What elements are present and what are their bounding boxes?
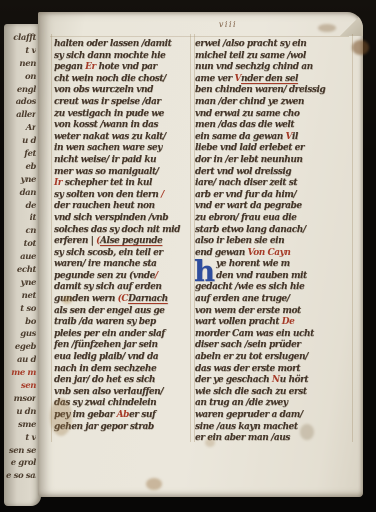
body-text: fen /fünfzehen jar sein bbox=[54, 340, 158, 350]
body-text: sy solten von den tiern bbox=[54, 190, 158, 200]
body-text: starb etwo lang danach/ bbox=[195, 225, 306, 235]
text-line: morder Cam was ein ucht bbox=[195, 329, 359, 341]
text-line: an trug an /die zwey bbox=[195, 398, 359, 410]
body-text: pleies per ein ander slaf bbox=[54, 329, 165, 339]
body-text: waren gepruder a dam/ bbox=[195, 410, 303, 420]
text-line: nun vnd sechzig chind an bbox=[195, 62, 359, 74]
body-text: halten oder lassen /damit bbox=[54, 39, 171, 49]
text-line: fen /fünfzehen jar sein bbox=[54, 340, 196, 352]
facing-page-edge: clafftt vnenonengladosallerAru dfetebyne… bbox=[4, 24, 41, 506]
text-line: men /das das die welt bbox=[195, 120, 359, 132]
facing-text-fragment: cn bbox=[6, 225, 36, 238]
text-line: ein same da gewan Vil bbox=[195, 132, 359, 144]
body-text: ame ver bbox=[195, 74, 234, 84]
body-text: nun vnd sechzig chind an bbox=[195, 62, 313, 72]
facing-text-fragment: nen bbox=[6, 58, 36, 71]
text-line: Ir schepher tet in kul bbox=[54, 178, 196, 190]
facing-text-fragment: engl bbox=[6, 84, 36, 97]
body-text: sy sich scosb, ein teil er bbox=[54, 248, 163, 258]
text-line: halten oder lassen /damit bbox=[54, 39, 196, 51]
body-text: von kosst /wann in das bbox=[54, 120, 158, 130]
text-line: als sen der engel aus ge bbox=[54, 306, 196, 318]
text-line: creut was ir speise /dar bbox=[54, 97, 196, 109]
text-line: pegunde sen zu (vnde/ bbox=[54, 271, 196, 283]
facing-text-fragment: on bbox=[6, 71, 36, 84]
body-text: ye horent wie m bbox=[216, 259, 290, 269]
text-line: vnd er wart da pegrabe bbox=[195, 201, 359, 213]
facing-text-fragment: clafft bbox=[6, 32, 36, 45]
rubric-text: Ir bbox=[54, 178, 62, 188]
body-text: vnb sen also verlauffen/ bbox=[54, 387, 163, 397]
facing-text-fragment: it bbox=[6, 212, 36, 225]
text-line: wart vollen pracht De bbox=[195, 317, 359, 329]
body-text: man /der chind ye zwen bbox=[195, 97, 304, 107]
body-text: Darnach bbox=[128, 294, 168, 304]
body-text: weter nakat was zu kalt/ bbox=[54, 132, 166, 142]
body-text: von obs wurczeln vnd bbox=[54, 85, 153, 95]
body-text: zu ebron/ frau eua die bbox=[195, 213, 296, 223]
text-line: zu vestigach in pude we bbox=[54, 109, 196, 121]
text-line: den jar/ do het es sich bbox=[54, 375, 196, 387]
body-text: pegan bbox=[54, 62, 85, 72]
body-text: nicht weise/ ir paid ku bbox=[54, 155, 156, 165]
facing-text-fragment: aue bbox=[6, 251, 36, 264]
text-line: erwei /also pracht sy ein bbox=[195, 39, 359, 51]
text-line: man /der chind ye zwen bbox=[195, 97, 359, 109]
text-line: gehen jar gepor strab bbox=[54, 422, 196, 434]
text-line: traib /da waren sy bep bbox=[54, 317, 196, 329]
facing-text-fragment: sme bbox=[6, 419, 36, 432]
body-text: vnd er wart da pegrabe bbox=[195, 201, 302, 211]
facing-text-fragment: au d bbox=[6, 354, 36, 367]
text-line: nach in dem sechzehe bbox=[54, 364, 196, 376]
text-line: gedacht /wie es sich hie bbox=[195, 282, 359, 294]
text-line: der rauchen heut non bbox=[54, 201, 196, 213]
facing-text-fragment: e so sale bbox=[6, 470, 36, 483]
body-text: vnd sich verspinden /vnb bbox=[54, 213, 168, 223]
facing-text-fragment: fet bbox=[6, 148, 36, 161]
facing-page-text-fragments: clafftt vnenonengladosallerAru dfetebyne… bbox=[6, 32, 36, 483]
body-text: wart vollen pracht bbox=[195, 317, 282, 327]
text-line: ben chinden waren/ dreissig bbox=[195, 85, 359, 97]
body-text: dert vnd wol dreissig bbox=[195, 167, 291, 177]
facing-text-fragment: sen se bbox=[6, 445, 36, 458]
text-line: liebe vnd laid erlebet er bbox=[195, 143, 359, 155]
rubric-text: Von Cayn bbox=[247, 248, 290, 258]
text-line: der ye geschach Nu hört bbox=[195, 375, 359, 387]
text-line: mer was so manigualt/ bbox=[54, 167, 196, 179]
text-line: wie sich die sach zu erst bbox=[195, 387, 359, 399]
rubric-text: De bbox=[282, 317, 295, 327]
page-corner-fold bbox=[335, 12, 363, 36]
body-text: hote vnd par bbox=[96, 62, 157, 72]
manuscript-page: viii halten oder lassen /damitsy sich da… bbox=[38, 12, 363, 497]
facing-text-fragment: e grol bbox=[6, 457, 36, 470]
folio-number: viii bbox=[203, 20, 253, 29]
body-text: morder Cam was ein ucht bbox=[195, 329, 314, 339]
body-text: michel teil zu same /wol bbox=[195, 51, 306, 61]
body-text: der rauchen heut non bbox=[54, 201, 155, 211]
body-text: iare/ nach diser zeit st bbox=[195, 178, 297, 188]
body-text: diser sach /sein prüder bbox=[195, 340, 301, 350]
text-line: damit sy sich auf erden bbox=[54, 282, 196, 294]
text-line: also ir leben sie ein bbox=[195, 236, 359, 248]
body-text: abeln er zu tot erslugen/ bbox=[195, 352, 308, 362]
manuscript-photo: clafftt vnenonengladosallerAru dfetebyne… bbox=[0, 0, 376, 512]
facing-text-fragment: u d bbox=[6, 135, 36, 148]
text-line: nicht weise/ ir paid ku bbox=[54, 155, 196, 167]
text-line: erferen | (Alse pegunde bbox=[54, 236, 196, 248]
text-line: vnd sich verspinden /vnb bbox=[54, 213, 196, 225]
body-text: eua ledig plaib/ vnd da bbox=[54, 352, 158, 362]
facing-text-fragment: net bbox=[6, 290, 36, 303]
body-text: also ir leben sie ein bbox=[195, 236, 284, 246]
body-text: von wem der erste mot bbox=[195, 306, 301, 316]
body-text: als sen der engel aus ge bbox=[54, 306, 164, 316]
text-line: end gewan Von Cayn bbox=[195, 248, 359, 260]
text-line: hye horent wie m bbox=[195, 259, 359, 271]
text-line: waren gepruder a dam/ bbox=[195, 410, 359, 422]
body-text: men /das das die welt bbox=[195, 120, 294, 130]
text-line: das sy zwai chindelein bbox=[54, 398, 196, 410]
facing-text-fragment: yne bbox=[6, 277, 36, 290]
text-line: pleies per ein ander slaf bbox=[54, 329, 196, 341]
text-line: dert vnd wol dreissig bbox=[195, 167, 359, 179]
rubric-text: Ab bbox=[117, 410, 129, 420]
ruling-line-horizontal bbox=[50, 36, 349, 37]
text-line: solches das sy doch nit mid bbox=[54, 225, 196, 237]
body-text: il bbox=[292, 132, 298, 142]
text-line: auf erden ane truge/ bbox=[195, 294, 359, 306]
text-line: michel teil zu same /wol bbox=[195, 51, 359, 63]
body-text: mer was so manigualt/ bbox=[54, 167, 159, 177]
text-line: sy solten von den tiern / bbox=[54, 190, 196, 202]
parchment-stain bbox=[318, 24, 336, 32]
body-text: er suf bbox=[129, 410, 155, 420]
facing-text-fragment: de bbox=[6, 200, 36, 213]
body-text: sy sich dann mochte hie bbox=[54, 51, 165, 61]
parchment-stain bbox=[352, 40, 369, 55]
text-line: weter nakat was zu kalt/ bbox=[54, 132, 196, 144]
body-text: liebe vnd laid erlebet er bbox=[195, 143, 304, 153]
body-text: pegunde sen zu (vnde bbox=[54, 271, 155, 281]
facing-text-fragment: echt bbox=[6, 264, 36, 277]
facing-text-fragment: msor bbox=[6, 393, 36, 406]
facing-text-fragment: tot bbox=[6, 238, 36, 251]
text-line: cht wein noch die chost/ bbox=[54, 74, 196, 86]
facing-text-fragment: dan bbox=[6, 187, 36, 200]
body-text: zu vestigach in pude we bbox=[54, 109, 164, 119]
text-line: pegan Er hote vnd par bbox=[54, 62, 196, 74]
text-line: starb etwo lang danach/ bbox=[195, 225, 359, 237]
text-line: pey im gebar Aber suf bbox=[54, 410, 196, 422]
body-text: traib /da waren sy bep bbox=[54, 317, 156, 327]
body-text: vnd erwai zu same cho bbox=[195, 109, 299, 119]
body-text: nach in dem sechzehe bbox=[54, 364, 156, 374]
body-text: cht wein noch die chost/ bbox=[54, 74, 166, 84]
text-line: ame ver Vnder den sel bbox=[195, 74, 359, 86]
text-line: gunden wern (CDarnach bbox=[54, 294, 196, 306]
text-line: vnb sen also verlauffen/ bbox=[54, 387, 196, 399]
body-text: an trug an /die zwey bbox=[195, 398, 288, 408]
body-text: solches das sy doch nit mid bbox=[54, 225, 180, 235]
text-line: in wen sachen ware sey bbox=[54, 143, 196, 155]
body-text: den jar/ do het es sich bbox=[54, 375, 155, 385]
body-text: ein same da gewan bbox=[195, 132, 286, 142]
body-text: damit sy sich auf erden bbox=[54, 282, 162, 292]
text-column-left: halten oder lassen /damitsy sich dann mo… bbox=[54, 39, 196, 433]
body-text: schepher tet in kul bbox=[62, 178, 152, 188]
body-text: das was der erste mort bbox=[195, 364, 300, 374]
body-text: der ye geschach bbox=[195, 375, 272, 385]
parchment-stain bbox=[146, 478, 162, 490]
facing-text-fragment: egeb bbox=[6, 341, 36, 354]
facing-text-fragment: bo bbox=[6, 316, 36, 329]
body-text: nder den sel bbox=[241, 74, 298, 84]
text-line: abeln er zu tot erslugen/ bbox=[195, 352, 359, 364]
rubric-text: / bbox=[155, 271, 158, 281]
body-text: gedacht /wie es sich hie bbox=[195, 282, 304, 292]
rubric-text: / bbox=[158, 190, 164, 200]
facing-text-fragment: sen bbox=[6, 380, 36, 393]
facing-text-fragment: eb bbox=[6, 161, 36, 174]
body-text: u hört bbox=[280, 375, 308, 385]
body-text: erferen | bbox=[54, 236, 96, 246]
body-text: in wen sachen ware sey bbox=[54, 143, 162, 153]
text-line: arb er vnd fur da him/ bbox=[195, 190, 359, 202]
text-line: dor in /er lebt neunhun bbox=[195, 155, 359, 167]
text-column-right: erwei /also pracht sy einmichel teil zu … bbox=[195, 39, 359, 445]
rubric-text: Er bbox=[85, 62, 96, 72]
text-line: er ein aber man /aus bbox=[195, 433, 359, 445]
parchment-stain bbox=[300, 424, 314, 440]
text-line: von obs wurczeln vnd bbox=[54, 85, 196, 97]
text-line: sy sich scosb, ein teil er bbox=[54, 248, 196, 260]
text-line: eua ledig plaib/ vnd da bbox=[54, 352, 196, 364]
facing-text-fragment: gus bbox=[6, 328, 36, 341]
facing-text-fragment: u dn bbox=[6, 406, 36, 419]
text-line: von wem der erste mot bbox=[195, 306, 359, 318]
facing-text-fragment: Ar bbox=[6, 122, 36, 135]
body-text: dor in /er lebt neunhun bbox=[195, 155, 303, 165]
body-text: ben chinden waren/ dreissig bbox=[195, 85, 325, 95]
body-text: creut was ir speise /dar bbox=[54, 97, 161, 107]
body-text: wie sich die sach zu erst bbox=[195, 387, 307, 397]
facing-text-fragment: aller bbox=[6, 109, 36, 122]
body-text: erwei /also pracht sy ein bbox=[195, 39, 306, 49]
rubric-text: N bbox=[272, 375, 280, 385]
facing-text-fragment: me m bbox=[6, 367, 36, 380]
facing-text-fragment: yne bbox=[6, 174, 36, 187]
body-text: arb er vnd fur da him/ bbox=[195, 190, 296, 200]
text-line: waren/ ire manche sta bbox=[54, 259, 196, 271]
parchment-stain bbox=[50, 398, 72, 436]
body-text: den vnd rauben mit bbox=[216, 271, 307, 281]
facing-text-fragment: ados bbox=[6, 96, 36, 109]
body-text: sine /aus kayn machet bbox=[195, 422, 298, 432]
text-line: iare/ nach diser zeit st bbox=[195, 178, 359, 190]
text-line: vnd erwai zu same cho bbox=[195, 109, 359, 121]
facing-text-fragment: t v bbox=[6, 432, 36, 445]
facing-text-fragment: t so bbox=[6, 303, 36, 316]
body-text: Alse pegunde bbox=[100, 236, 162, 246]
ruling-line-left bbox=[51, 34, 52, 442]
text-line: von kosst /wann in das bbox=[54, 120, 196, 132]
text-line: sy sich dann mochte hie bbox=[54, 51, 196, 63]
body-text: waren/ ire manche sta bbox=[54, 259, 156, 269]
rubric-text: (C bbox=[118, 294, 129, 304]
text-line: sine /aus kayn machet bbox=[195, 422, 359, 434]
text-line: den vnd rauben mit bbox=[195, 271, 359, 283]
text-line: das was der erste mort bbox=[195, 364, 359, 376]
body-text: auf erden ane truge/ bbox=[195, 294, 290, 304]
facing-text-fragment: t v bbox=[6, 45, 36, 58]
parchment-stain bbox=[62, 296, 72, 304]
text-line: zu ebron/ frau eua die bbox=[195, 213, 359, 225]
text-line: diser sach /sein prüder bbox=[195, 340, 359, 352]
parchment-stain bbox=[205, 438, 215, 447]
